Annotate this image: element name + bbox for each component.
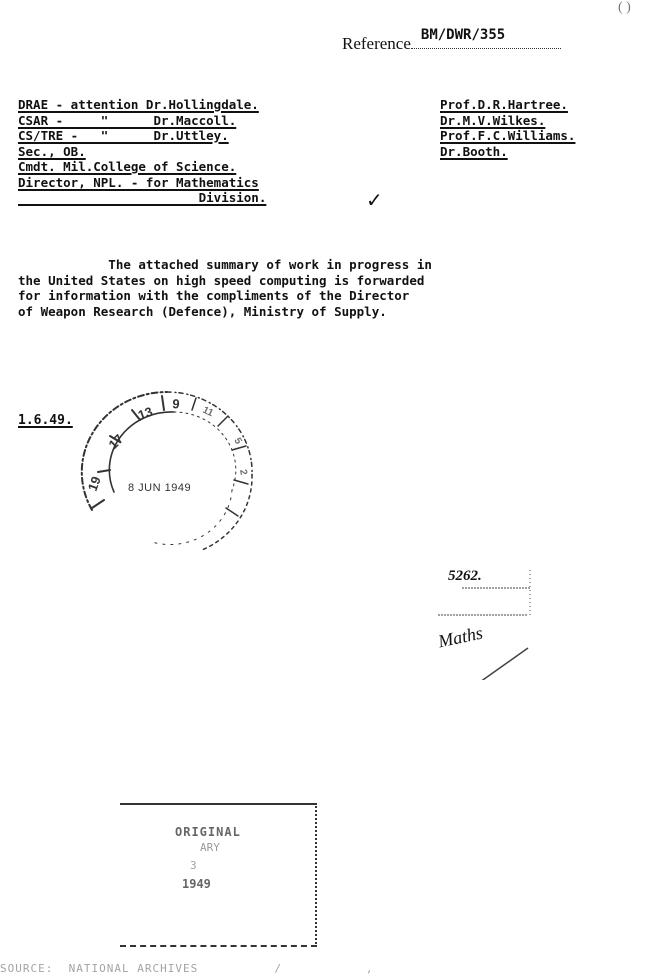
- distribution-item: DRAE - attention Dr.Hollingdale.: [18, 97, 266, 113]
- body-line: The attached summary of work in progress…: [18, 257, 648, 273]
- body-line: of Weapon Research (Defence), Ministry o…: [18, 304, 648, 320]
- distribution-item: Division.: [18, 190, 266, 206]
- body-line: the United States on high speed computin…: [18, 273, 648, 289]
- reference-dotted-line: BM/DWR/355: [411, 34, 561, 49]
- file-number: 5262.: [448, 568, 482, 585]
- checkmark-icon: ✓: [366, 188, 383, 212]
- archive-stamp-line: 3: [190, 859, 197, 872]
- distribution-item: Dr.M.V.Wilkes.: [440, 113, 575, 129]
- svg-text:5: 5: [231, 436, 244, 447]
- distribution-item: Prof.D.R.Hartree.: [440, 97, 575, 113]
- received-stamp-date: 8 JUN 1949: [128, 482, 191, 494]
- received-stamp-ring: 19 17 13 9 11 5 2: [62, 380, 272, 570]
- reference-line: ReferenceBM/DWR/355: [342, 34, 561, 54]
- distribution-item: Dr.Booth.: [440, 144, 575, 160]
- distribution-item: CSAR - " Dr.Maccoll.: [18, 113, 266, 129]
- body-paragraph: The attached summary of work in progress…: [18, 257, 648, 319]
- svg-text:19: 19: [85, 474, 104, 493]
- distribution-item: Cmdt. Mil.College of Science.: [18, 159, 266, 175]
- corner-mark: ( ): [618, 0, 631, 16]
- distribution-item: CS/TRE - " Dr.Uttley.: [18, 128, 266, 144]
- distribution-item: Sec., OB.: [18, 144, 266, 160]
- archive-stamp-line: 1949: [182, 877, 211, 891]
- distribution-list-right: Prof.D.R.Hartree. Dr.M.V.Wilkes. Prof.F.…: [440, 97, 575, 159]
- distribution-item: Director, NPL. - for Mathematics: [18, 175, 266, 191]
- svg-text:11: 11: [201, 405, 216, 420]
- archive-stamp: ORIGINAL ARY 3 1949: [120, 803, 317, 947]
- distribution-list-left: DRAE - attention Dr.Hollingdale. CSAR - …: [18, 97, 266, 206]
- archive-stamp-line: ORIGINAL: [175, 825, 241, 839]
- svg-text:9: 9: [172, 396, 181, 412]
- reference-value: BM/DWR/355: [421, 27, 505, 43]
- footer-source-line: SOURCE: NATIONAL ARCHIVES / ,: [0, 962, 374, 975]
- reference-label: Reference: [342, 34, 411, 53]
- svg-text:2: 2: [237, 469, 249, 477]
- distribution-item: Prof.F.C.Williams.: [440, 128, 575, 144]
- body-line: for information with the compliments of …: [18, 288, 648, 304]
- archive-stamp-line: ARY: [200, 841, 220, 854]
